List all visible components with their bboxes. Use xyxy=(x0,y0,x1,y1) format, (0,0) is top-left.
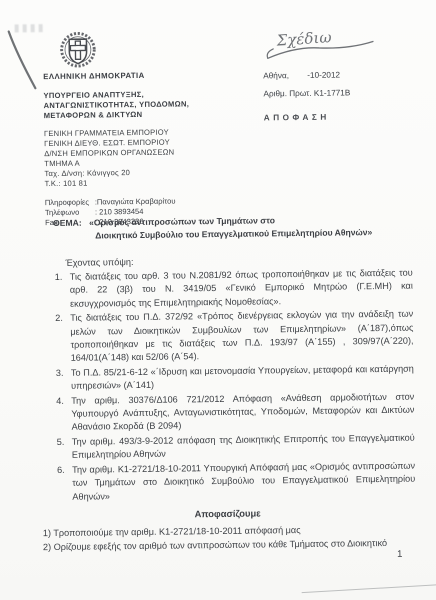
date-line: Αθήνα, -10-2012 xyxy=(263,69,423,80)
item-number: 1. xyxy=(55,271,70,311)
subject-label: ΘΕΜΑ: xyxy=(53,217,89,242)
protocol-number: Αριθμ. Πρωτ. Κ1-1771Β xyxy=(263,87,423,98)
item-number: 5. xyxy=(57,436,72,463)
item-text: Την αριθμ. 30376/Δ106 721/2012 Απόφαση «… xyxy=(71,390,414,434)
postal-code-line: Τ.Κ.: 101 81 xyxy=(45,176,260,189)
item-text: Τις διατάξεις του αρθ. 3 του Ν.2081/92 ό… xyxy=(70,267,413,311)
subject-block: ΘΕΜΑ: «Ορισμός αντιπροσώπων των Τμημάτων… xyxy=(53,213,398,242)
decision-heading: ΑΠΟΦΑΣΗ xyxy=(264,111,424,122)
list-item: 2. Τις διατάξεις του Π.Δ. 372/92 «Τρόπος… xyxy=(55,308,414,366)
list-item: 4. Την αριθμ. 30376/Δ106 721/2012 Απόφασ… xyxy=(56,390,414,435)
item-number: 4. xyxy=(56,394,71,434)
city-label: Αθήνα, xyxy=(263,71,307,81)
list-item: 1. Τις διατάξεις του αρθ. 3 του Ν.2081/9… xyxy=(55,267,413,312)
republic-title: ΕΛΛΗΝΙΚΗ ΔΗΜΟΚΡΑΤΙΑ xyxy=(43,69,258,82)
contact-value: :Παναγιώτα Κραβαρίτου xyxy=(95,197,176,208)
handwritten-draft-note: Σχέδιω xyxy=(261,15,384,69)
scan-edge-line xyxy=(302,584,436,593)
list-item: 5. Την αριθμ. 493/3-9-2012 απόφαση της Δ… xyxy=(57,431,415,462)
department-block: ΓΕΝΙΚΗ ΓΡΑΜΜΑΤΕΙΑ ΕΜΠΟΡΙΟΥ ΓΕΝΙΚΗ ΔΙΕΥΘ.… xyxy=(44,126,260,189)
date-protocol-block: Σχέδιω Αθήνα, -10-2012 Αριθμ. Πρωτ. Κ1-1… xyxy=(263,17,424,122)
item-number: 3. xyxy=(56,367,71,394)
item-number: 6. xyxy=(57,463,72,503)
decide-heading: Αποφασίζουμε xyxy=(58,506,398,521)
sender-header-block: ΕΛΛΗΝΙΚΗ ΔΗΜΟΚΡΑΤΙΑ ΥΠΟΥΡΓΕΙΟ ΑΝΑΠΤΥΞΗΣ,… xyxy=(43,69,260,228)
ministry-title: ΥΠΟΥΡΓΕΙΟ ΑΝΑΠΤΥΞΗΣ, ΑΝΤΑΓΩΝΙΣΤΙΚΟΤΗΤΑΣ,… xyxy=(43,88,258,121)
greek-coat-of-arms-icon xyxy=(55,25,102,76)
item-number: 2. xyxy=(55,312,71,366)
ministry-line: ΜΕΤΑΦΟΡΩΝ & ΔΙΚΤΥΩΝ xyxy=(44,108,259,121)
contact-label: Πληροφορίες xyxy=(45,197,95,208)
decisions-block: 1) Τροποποιούμε την αριθμ. Κ1-2721/18-10… xyxy=(43,522,423,555)
subject-text: «Ορισμός αντιπροσώπων των Τμημάτων στο Δ… xyxy=(89,213,372,241)
having-regard-label: Έχοντας υπόψη: xyxy=(65,257,133,268)
list-item: 3. Το Π.Δ. 85/21-6-12 «΄Ιδρυση και μετον… xyxy=(56,362,414,393)
scanned-decision-document: ΕΛΛΗΝΙΚΗ ΔΗΜΟΚΡΑΤΙΑ ΥΠΟΥΡΓΕΙΟ ΑΝΑΠΤΥΞΗΣ,… xyxy=(0,0,436,600)
item-text: Τις διατάξεις του Π.Δ. 372/92 «Τρόπος δι… xyxy=(70,308,414,366)
item-text: Την αριθμ. Κ1-2721/18-10-2011 Υπουργική … xyxy=(72,459,415,503)
handwritten-note-text: Σχέδιω xyxy=(275,28,332,50)
list-item: 6. Την αριθμ. Κ1-2721/18-10-2011 Υπουργι… xyxy=(57,459,415,504)
date-value: -10-2012 xyxy=(307,70,340,79)
legal-references-list: 1. Τις διατάξεις του αρθ. 3 του Ν.2081/9… xyxy=(55,267,416,505)
pen-stroke-mark xyxy=(1,28,46,99)
item-text: Το Π.Δ. 85/21-6-12 «΄Ιδρυση και μετονομα… xyxy=(71,362,414,393)
document-content: ΕΛΛΗΝΙΚΗ ΔΗΜΟΚΡΑΤΙΑ ΥΠΟΥΡΓΕΙΟ ΑΝΑΠΤΥΞΗΣ,… xyxy=(0,0,436,600)
item-text: Την αριθμ. 493/3-9-2012 απόφαση της Διοι… xyxy=(72,431,415,462)
page-number: 1 xyxy=(397,549,402,560)
